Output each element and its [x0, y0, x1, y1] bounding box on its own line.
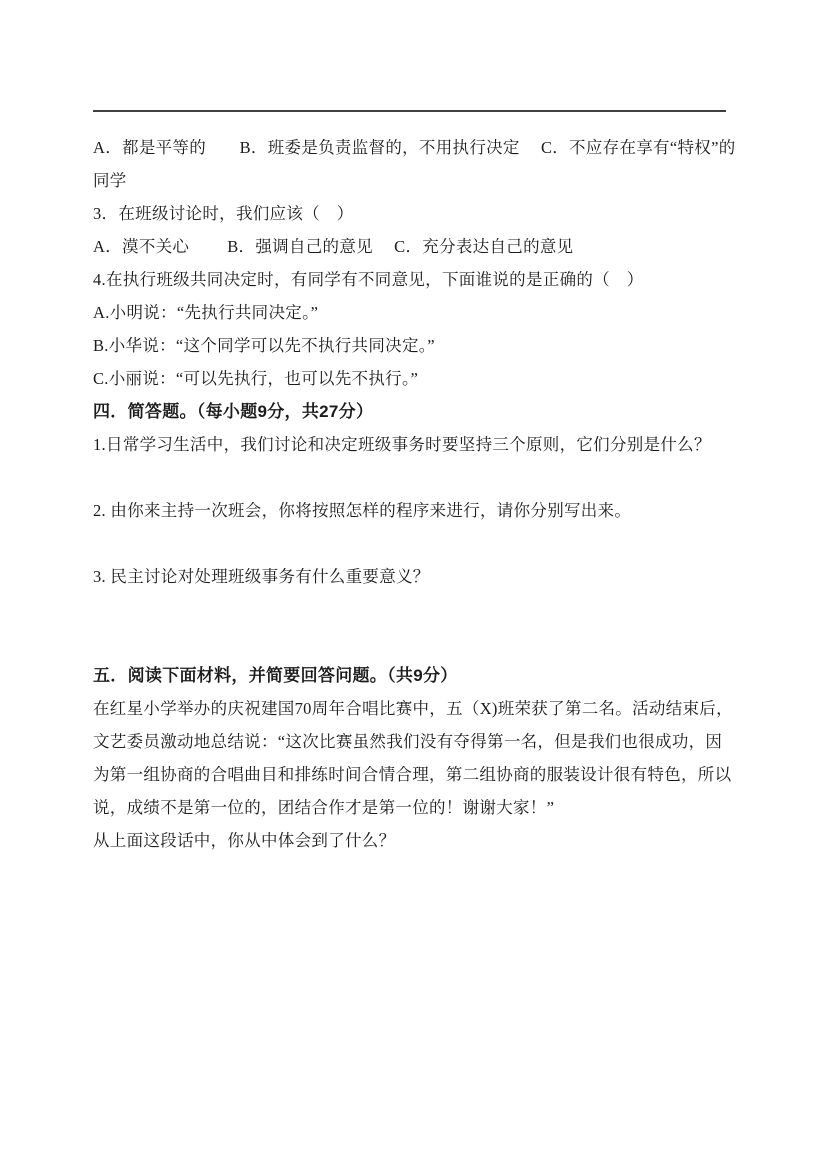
question-3-options: A．漠不关心 B．强调自己的意见 C．充分表达自己的意见: [93, 230, 753, 263]
question-4-option-c: C.小丽说：“可以先执行，也可以先不执行。”: [93, 362, 753, 395]
material-line-4: 说，成绩不是第一位的，团结合作才是第一位的！谢谢大家！”: [93, 791, 753, 824]
question-4-option-b: B.小华说：“这个同学可以先不执行共同决定。”: [93, 329, 753, 362]
material-line-2: 文艺委员激动地总结说：“这次比赛虽然我们没有夺得第一名，但是我们也很成功，因: [93, 725, 753, 758]
material-question: 从上面这段话中，你从中体会到了什么？: [93, 824, 753, 857]
exam-page: A．都是平等的 B．班委是负责监督的，不用执行决定 C．不应存在享有“特权”的 …: [0, 0, 827, 1169]
material-line-1: 在红星小学举办的庆祝建国70周年合唱比赛中，五（X)班荣获了第二名。活动结束后，: [93, 692, 753, 725]
question-3-stem: 3．在班级讨论时，我们应该（ ）: [93, 197, 753, 230]
question-4-stem: 4.在执行班级共同决定时，有同学有不同意见，下面谁说的是正确的（ ）: [93, 263, 753, 296]
exam-content: A．都是平等的 B．班委是负责监督的，不用执行决定 C．不应存在享有“特权”的 …: [93, 131, 753, 857]
header-divider: [93, 110, 726, 112]
section-4-question-3: 3. 民主讨论对处理班级事务有什么重要意义？: [93, 560, 753, 593]
question-4-option-a: A.小明说：“先执行共同决定。”: [93, 296, 753, 329]
section-4-question-2: 2. 由你来主持一次班会，你将按照怎样的程序来进行，请你分别写出来。: [93, 494, 753, 527]
options-overflow-wrap: 同学: [93, 164, 753, 197]
options-overflow-line: A．都是平等的 B．班委是负责监督的，不用执行决定 C．不应存在享有“特权”的: [93, 131, 753, 164]
section-5-heading: 五．阅读下面材料，并简要回答问题。（共9分）: [93, 659, 753, 692]
section-4-question-1: 1.日常学习生活中，我们讨论和决定班级事务时要坚持三个原则，它们分别是什么？: [93, 428, 753, 461]
material-line-3: 为第一组协商的合唱曲目和排练时间合情合理，第二组协商的服装设计很有特色，所以: [93, 758, 753, 791]
section-4-heading: 四．简答题。（每小题9分，共27分）: [93, 395, 753, 428]
